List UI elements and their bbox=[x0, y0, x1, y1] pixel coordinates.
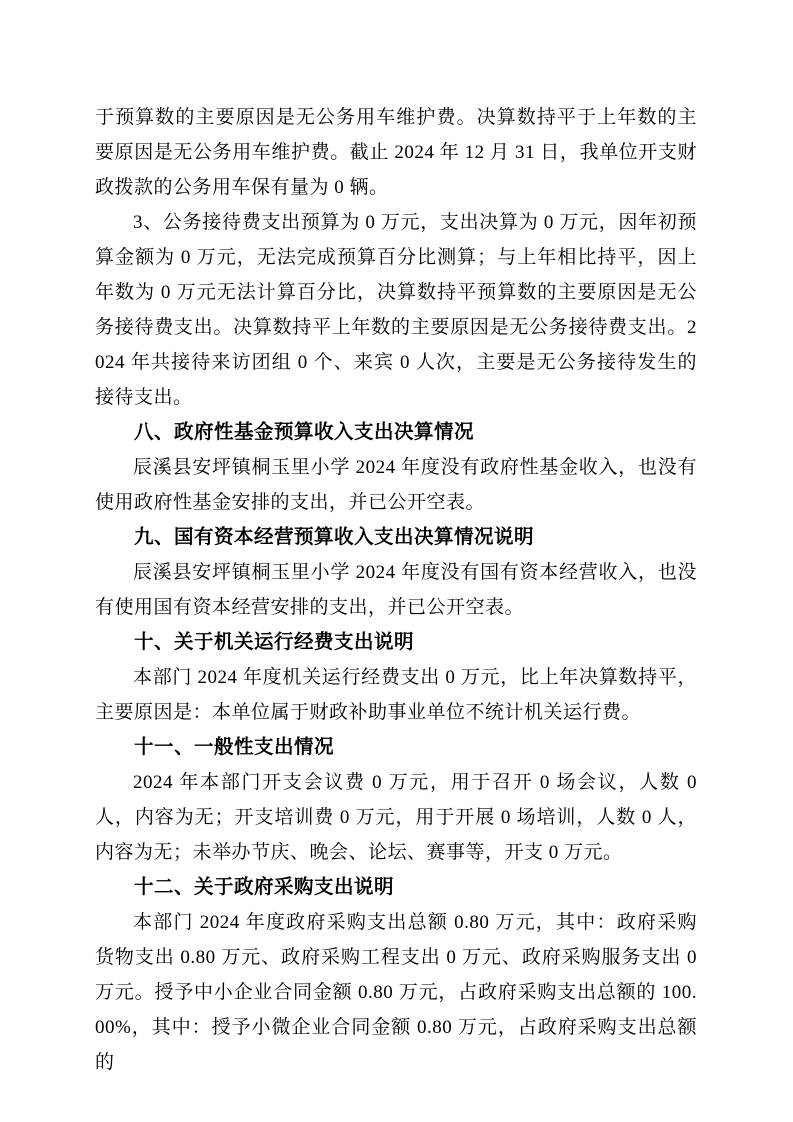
heading-section-10-agency-operating-expense: 十、关于机关运行经费支出说明 bbox=[95, 625, 697, 660]
document-page: 于预算数的主要原因是无公务用车维护费。决算数持平于上年数的主要原因是无公务用车维… bbox=[0, 0, 793, 1122]
heading-section-12-government-procurement: 十二、关于政府采购支出说明 bbox=[95, 870, 697, 905]
paragraph-vehicle-maintenance-continued: 于预算数的主要原因是无公务用车维护费。决算数持平于上年数的主要原因是无公务用车维… bbox=[95, 100, 697, 205]
paragraph-section-12-government-procurement: 本部门 2024 年度政府采购支出总额 0.80 万元，其中：政府采购货物支出 … bbox=[95, 905, 697, 1080]
heading-section-8-government-fund-budget: 八、政府性基金预算收入支出决算情况 bbox=[95, 415, 697, 450]
heading-section-9-state-capital-budget: 九、国有资本经营预算收入支出决算情况说明 bbox=[95, 520, 697, 555]
heading-section-11-general-expenditure: 十一、一般性支出情况 bbox=[95, 730, 697, 765]
paragraph-section-11-general-expenditure: 2024 年本部门开支会议费 0 万元，用于召开 0 场会议，人数 0 人，内容… bbox=[95, 765, 697, 870]
document-body: 于预算数的主要原因是无公务用车维护费。决算数持平于上年数的主要原因是无公务用车维… bbox=[95, 100, 697, 1080]
paragraph-section-9-state-capital-budget: 辰溪县安坪镇桐玉里小学 2024 年度没有国有资本经营收入，也没有使用国有资本经… bbox=[95, 555, 697, 625]
paragraph-official-reception-expense: 3、公务接待费支出预算为 0 万元，支出决算为 0 万元，因年初预算金额为 0 … bbox=[95, 205, 697, 415]
paragraph-section-10-agency-operating-expense: 本部门 2024 年度机关运行经费支出 0 万元，比上年决算数持平，主要原因是：… bbox=[95, 660, 697, 730]
paragraph-section-8-government-fund-budget: 辰溪县安坪镇桐玉里小学 2024 年度没有政府性基金收入，也没有使用政府性基金安… bbox=[95, 450, 697, 520]
